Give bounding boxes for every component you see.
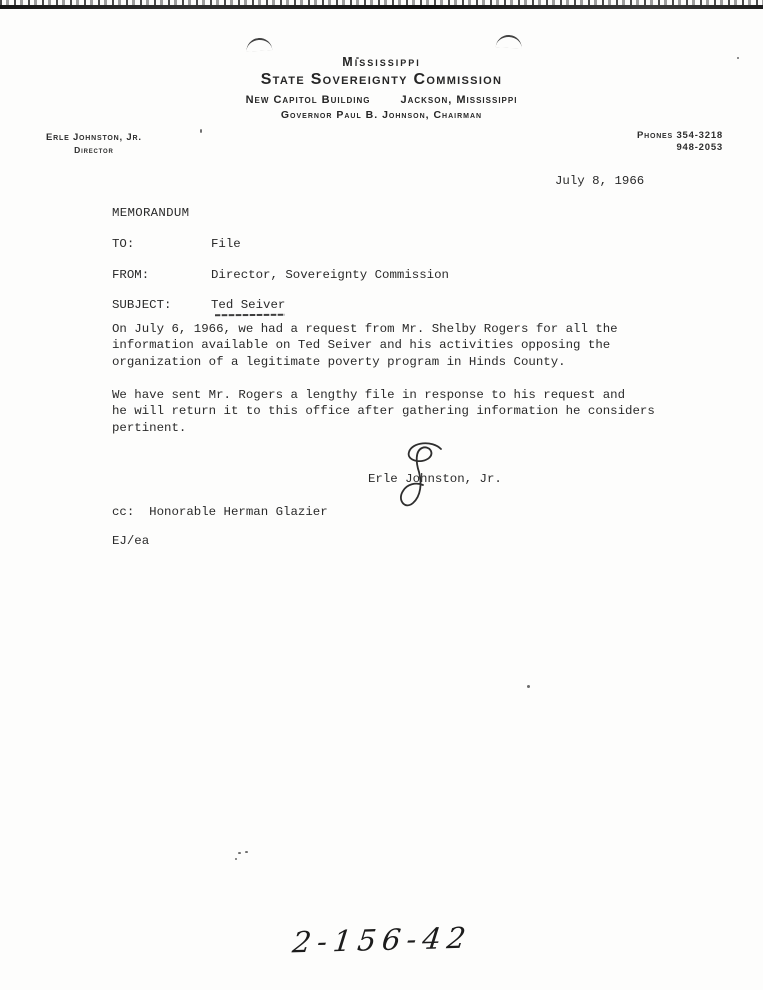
memo-cc-line: cc: Honorable Herman Glazier — [112, 504, 328, 520]
scan-speckle — [238, 852, 241, 854]
memo-from-label: FROM: — [112, 267, 149, 283]
letterhead-address-building: New Capitol Building — [246, 94, 371, 106]
memo-paragraph-1: On July 6, 1966, we had a request from M… — [112, 321, 677, 370]
memo-subject-value: Ted Seiver — [211, 297, 285, 313]
scanned-memo-page: Mississippi State Sovereignty Commission… — [0, 0, 763, 990]
letterhead-organization: State Sovereignty Commission — [0, 71, 763, 89]
letterhead-address: New Capitol BuildingJackson, Mississippi — [0, 94, 763, 106]
memo-to-label: TO: — [112, 236, 134, 252]
letterhead-chairman-line: Governor Paul B. Johnson, Chairman — [0, 109, 763, 121]
handwritten-signature-squiggle — [386, 441, 450, 511]
handwritten-file-number: 2-156-42 — [291, 921, 474, 960]
scan-speckle — [235, 858, 237, 860]
subject-underline — [215, 314, 285, 316]
scan-speckle — [245, 851, 248, 853]
letterhead-phones-block: Phones 354-3218 948-2053 — [637, 130, 723, 153]
phone-line-1: Phones 354-3218 — [637, 130, 723, 142]
memo-doc-type: MEMORANDUM — [112, 205, 189, 221]
scan-speckle — [527, 685, 530, 688]
scan-speckle — [200, 129, 202, 133]
memo-typist-initials: EJ/ea — [112, 533, 149, 549]
scan-arc-mark-right — [496, 34, 523, 48]
letterhead: Mississippi State Sovereignty Commission… — [0, 55, 763, 121]
memo-date: July 8, 1966 — [555, 173, 644, 189]
letterhead-address-city: Jackson, Mississippi — [400, 94, 517, 106]
director-name: Erle Johnston, Jr. — [46, 132, 142, 143]
letterhead-director-block: Erle Johnston, Jr. Director — [46, 132, 142, 155]
director-title: Director — [46, 145, 142, 155]
memo-subject-label: SUBJECT: — [112, 297, 172, 313]
scan-edge-line — [0, 5, 763, 9]
memo-from-value: Director, Sovereignty Commission — [211, 267, 449, 283]
letterhead-state: Mississippi — [0, 55, 763, 69]
scan-arc-mark-left — [246, 37, 273, 52]
phone-line-2: 948-2053 — [637, 142, 723, 154]
memo-paragraph-2: We have sent Mr. Rogers a lengthy file i… — [112, 387, 677, 436]
memo-to-value: File — [211, 236, 241, 252]
